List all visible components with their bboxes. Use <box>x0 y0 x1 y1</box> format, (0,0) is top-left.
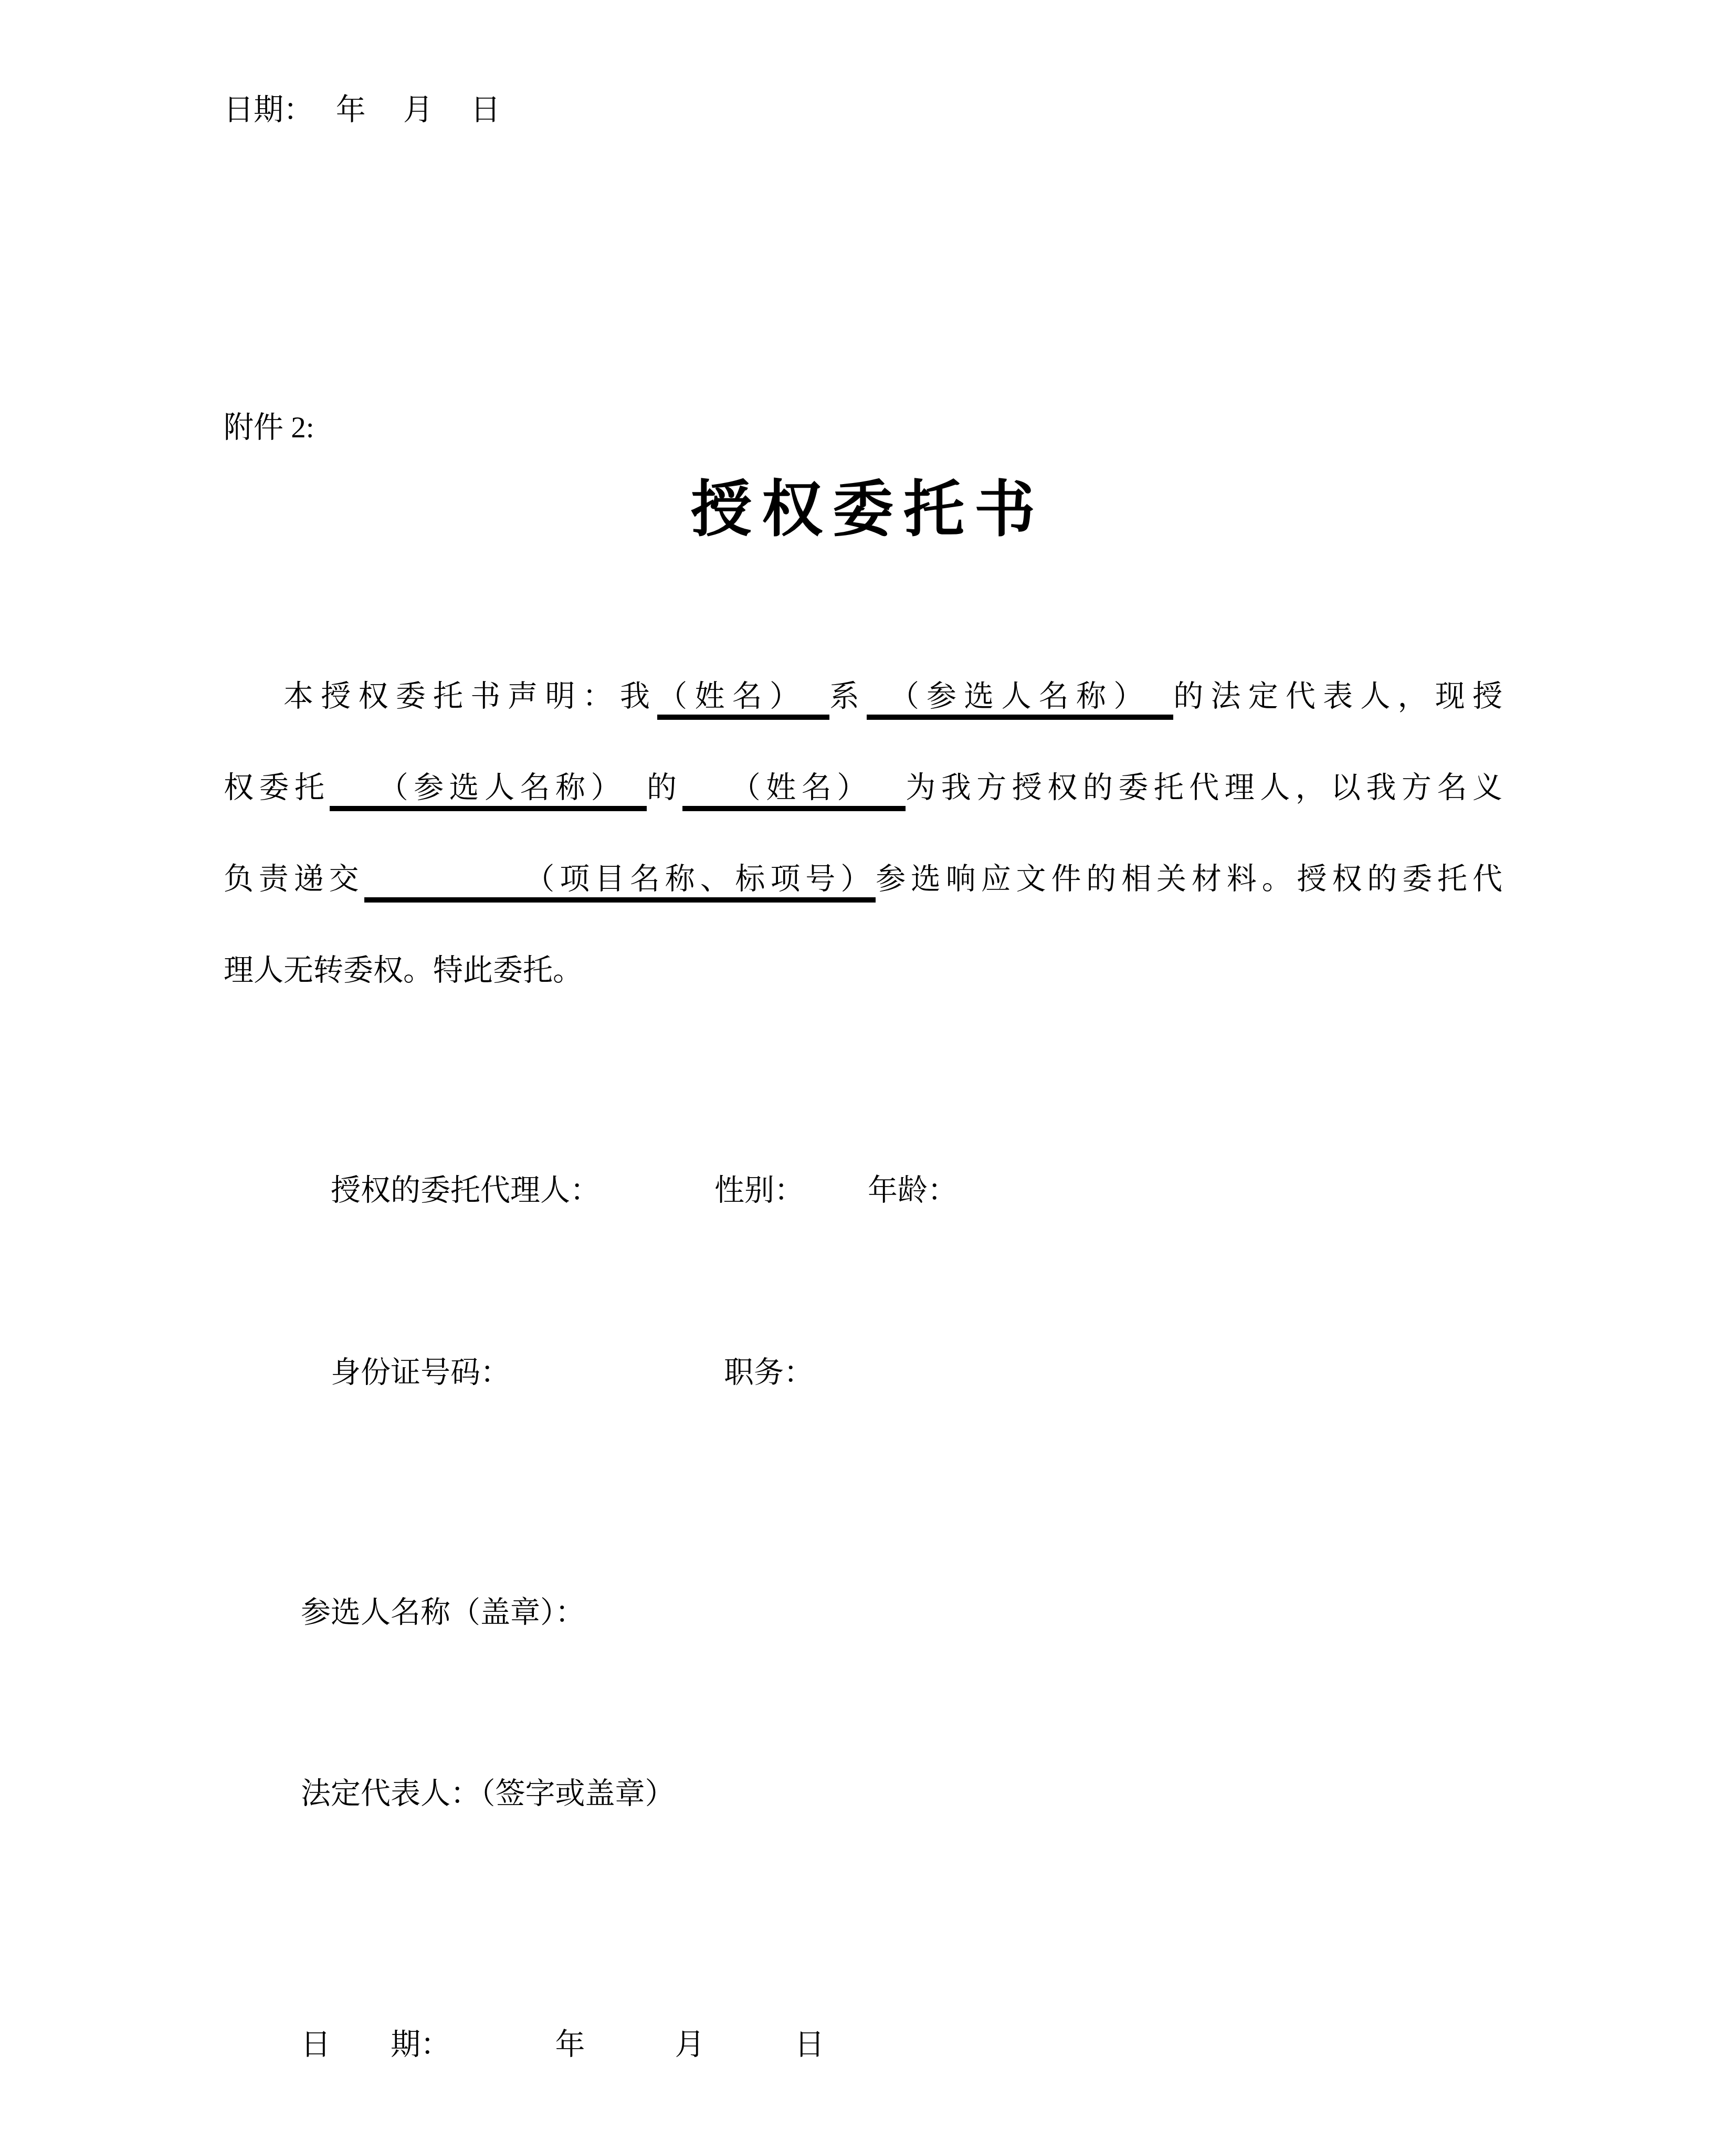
document-page: 日期： 年 月 日 附件 2: 授权委托书 本授权委托书声明：我（姓名） 系 （… <box>0 0 1736 2129</box>
para-line-1-post: 的法定代表人，现授 <box>1173 680 1502 713</box>
body-paragraph: 本授权委托书声明：我（姓名） 系 （参选人名称） 的法定代表人，现授 权委托 （… <box>224 651 1502 1016</box>
position-label: 职务： <box>724 1356 814 1389</box>
agent-label: 授权的委托代理人： <box>331 1174 600 1207</box>
bottom-date-line: 日 期： 年 月 日 <box>301 2020 825 2063</box>
para-line-2: 权委托 （参选人名称） 的 （姓名） 为我方授权的委托代理人，以我方名义 <box>224 742 1502 834</box>
blank-project: （项目名称、标项号） <box>364 863 876 903</box>
attachment-label: 附件 2: <box>224 403 314 446</box>
para-line-3-pre: 负责递交 <box>224 863 364 896</box>
blank-name-1: （姓名） <box>657 680 829 720</box>
blank-participant-2: （参选人名称） <box>330 771 647 811</box>
id-number-line: 身份证号码：职务： <box>301 1314 814 1425</box>
para-line-1-pre: 本授权委托书声明：我 <box>283 680 657 713</box>
para-line-1: 本授权委托书声明：我（姓名） 系 （参选人名称） 的法定代表人，现授 <box>224 651 1502 742</box>
para-line-2-post: 为我方授权的委托代理人，以我方名义 <box>906 771 1502 804</box>
para-line-2-pre: 权委托 <box>224 771 330 804</box>
id-number-label: 身份证号码： <box>331 1356 510 1389</box>
agent-line: 授权的委托代理人：性别：年龄： <box>301 1132 958 1243</box>
blank-name-2: （姓名） <box>682 771 906 811</box>
para-line-3: 负责递交 （项目名称、标项号）参选响应文件的相关材料。授权的委托代 <box>224 834 1502 925</box>
blank-participant-1: （参选人名称） <box>867 680 1173 720</box>
participant-seal-line: 参选人名称（盖章）： <box>301 1588 585 1631</box>
para-line-3-post: 参选响应文件的相关材料。授权的委托代 <box>876 863 1502 896</box>
para-line-2-mid: 的 <box>647 771 682 804</box>
para-line-1-mid: 系 <box>829 680 867 713</box>
top-date-line: 日期： 年 月 日 <box>224 86 500 129</box>
para-line-4: 理人无转委权。特此委托。 <box>224 925 1502 1016</box>
age-label: 年龄： <box>868 1174 958 1207</box>
legal-rep-line: 法定代表人：（签字或盖章） <box>301 1769 675 1812</box>
document-title: 授权委托书 <box>0 474 1736 547</box>
gender-label: 性别： <box>714 1174 804 1207</box>
